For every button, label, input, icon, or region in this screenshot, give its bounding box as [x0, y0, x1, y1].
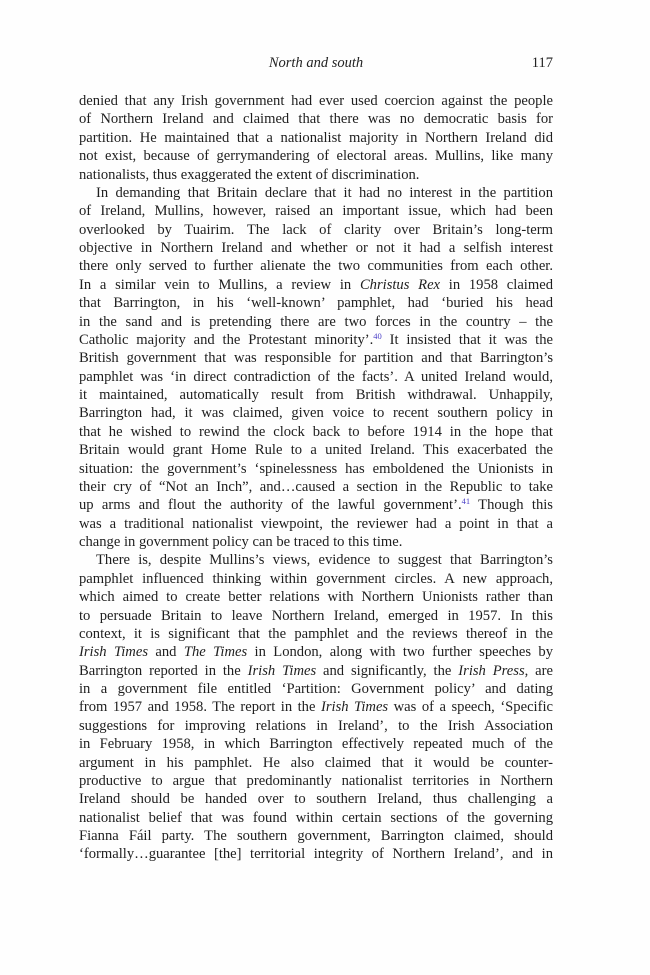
- text-line: In demanding that Britain declare that i…: [79, 184, 553, 202]
- text-line: in February 1958, in which Barrington ef…: [79, 735, 553, 753]
- text-line: nationalists, thus exaggerated the exten…: [79, 166, 553, 184]
- text-line: in a government file entitled ‘Partition…: [79, 680, 553, 698]
- text-line: Barrington reported in the Irish Times a…: [79, 662, 553, 680]
- text-line: overlooked by Tuairim. The lack of clari…: [79, 221, 553, 239]
- text-line: Irish Times and The Times in London, alo…: [79, 643, 553, 661]
- text-line: nationalist belief that was found within…: [79, 809, 553, 827]
- footnote-marker[interactable]: 41: [462, 496, 471, 506]
- text-line: that he wished to rewind the clock back …: [79, 423, 553, 441]
- page-number: 117: [532, 55, 553, 72]
- text-line: to persuade Britain to leave Northern Ir…: [79, 607, 553, 625]
- italic-title: Irish Times: [79, 644, 148, 660]
- text-line: ‘formally…guarantee [the] territorial in…: [79, 845, 553, 863]
- running-header: North and south 117: [79, 55, 553, 75]
- italic-title: Christus Rex: [360, 277, 440, 293]
- footnote-marker[interactable]: 40: [373, 331, 382, 341]
- text-line: context, it is significant that the pamp…: [79, 625, 553, 643]
- body-text: denied that any Irish government had eve…: [79, 92, 553, 864]
- text-line: Catholic majority and the Protestant min…: [79, 331, 553, 349]
- italic-title: Irish Times: [321, 699, 388, 715]
- text-line: argument in his pamphlet. He also claime…: [79, 754, 553, 772]
- text-line: In a similar vein to Mullins, a review i…: [79, 276, 553, 294]
- text-line: in the sand and is pretending there are …: [79, 313, 553, 331]
- book-page: North and south 117 denied that any Iris…: [0, 0, 650, 975]
- text-line: productive to argue that predominantly n…: [79, 772, 553, 790]
- text-line: denied that any Irish government had eve…: [79, 92, 553, 110]
- text-line: Barrington had, it was claimed, given vo…: [79, 404, 553, 422]
- italic-title: Irish Press: [458, 663, 524, 679]
- running-title: North and south: [79, 55, 553, 72]
- text-line: that Barrington, in his ‘well-known’ pam…: [79, 294, 553, 312]
- text-line: pamphlet was ‘in direct contradiction of…: [79, 368, 553, 386]
- paragraph: In demanding that Britain declare that i…: [79, 184, 553, 552]
- text-line: it maintained, automatically result from…: [79, 386, 553, 404]
- text-line: Britain would grant Home Rule to a unite…: [79, 441, 553, 459]
- text-line: Ireland should be handed over to souther…: [79, 790, 553, 808]
- text-line: Fianna Fáil party. The southern governme…: [79, 827, 553, 845]
- text-line: up arms and flout the authority of the l…: [79, 496, 553, 514]
- text-line: change in government policy can be trace…: [79, 533, 553, 551]
- italic-title: Irish Times: [248, 663, 317, 679]
- text-line: from 1957 and 1958. The report in the Ir…: [79, 698, 553, 716]
- text-line: which aimed to create better relations w…: [79, 588, 553, 606]
- paragraph: denied that any Irish government had eve…: [79, 92, 553, 184]
- text-line: There is, despite Mullins’s views, evide…: [79, 551, 553, 569]
- text-line: of Ireland, Mullins, however, raised an …: [79, 202, 553, 220]
- text-line: objective in Northern Ireland and whethe…: [79, 239, 553, 257]
- paragraph: There is, despite Mullins’s views, evide…: [79, 551, 553, 863]
- text-line: of Northern Ireland and claimed that the…: [79, 110, 553, 128]
- text-line: suggestions for improving relations in I…: [79, 717, 553, 735]
- text-line: situation: the government’s ‘spinelessne…: [79, 460, 553, 478]
- text-line: partition. He maintained that a national…: [79, 129, 553, 147]
- text-line: pamphlet influenced thinking within gove…: [79, 570, 553, 588]
- text-line: was a traditional nationalist viewpoint,…: [79, 515, 553, 533]
- text-line: not exist, because of gerrymandering of …: [79, 147, 553, 165]
- text-line: British government that was responsible …: [79, 349, 553, 367]
- italic-title: The Times: [184, 644, 247, 660]
- text-line: there only served to further alienate th…: [79, 257, 553, 275]
- text-line: their cry of “Not an Inch”, and…caused a…: [79, 478, 553, 496]
